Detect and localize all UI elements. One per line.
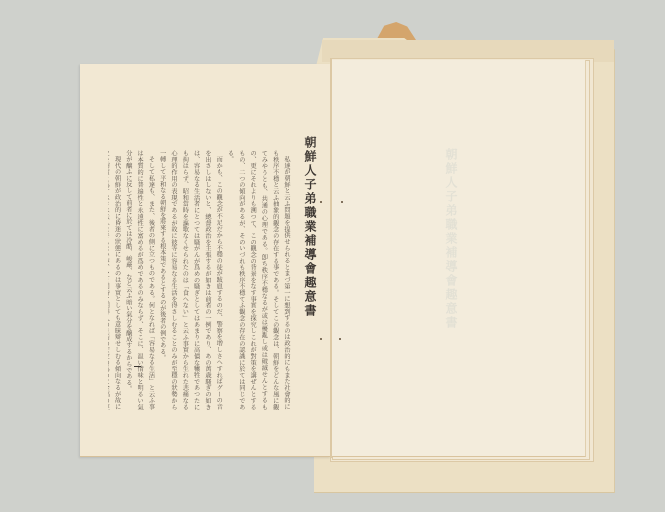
document-title: 朝鮮人子弟職業補導會趣意書 <box>302 136 319 318</box>
show-through-title: 朝鮮人子弟職業補導會趣意書 <box>443 148 460 330</box>
page-number-mark <box>134 366 141 367</box>
document-body: 私達が朝鮮と云ふ問題を提供せられるとまづ第一に想到するのは政治的にもまた社會的に… <box>108 150 292 410</box>
binding-hole <box>320 338 322 340</box>
paragraph: そして私達も、また、後者の側に立つものである。何となれば「容易なる生活」と云ふ事… <box>123 150 157 410</box>
binding-hole <box>341 201 343 203</box>
binding-hole <box>320 201 322 203</box>
paragraph: 而かも、この觀念が不足だから不穩の徒が跋扈するのだ、警察を増しさへすればグーの音… <box>156 150 224 410</box>
binding-fold <box>330 58 332 458</box>
paragraph: 私達が朝鮮と云ふ問題を提供せられるとまづ第一に想到するのは政治的にもまた社會的に… <box>224 150 292 410</box>
binding-hole <box>339 338 341 340</box>
paragraph: 現代の朝鮮が政治的に昏迷の狀態にあるのは事實としても意昧辯せしむる傾向なるが故に… <box>108 150 123 410</box>
